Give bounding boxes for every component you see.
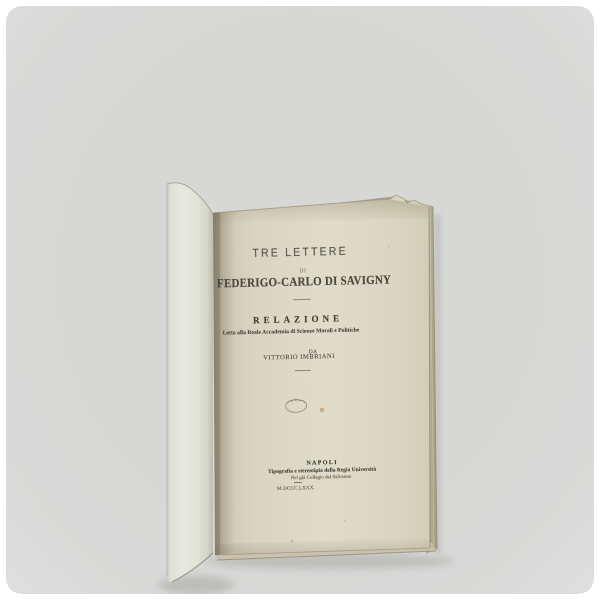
foxing-spot bbox=[291, 540, 294, 543]
open-book-illustration bbox=[6, 6, 594, 594]
title-page-leaf bbox=[213, 195, 430, 555]
foxing-spot bbox=[320, 408, 325, 413]
foxing-spot bbox=[388, 246, 390, 248]
gutter-shadow-core bbox=[213, 213, 220, 555]
foxing-spot bbox=[344, 520, 346, 522]
book-photo: TRE LETTERE DI FEDERIGO-CARLO DI SAVIGNY… bbox=[6, 6, 594, 594]
left-flyleaf bbox=[167, 183, 213, 582]
